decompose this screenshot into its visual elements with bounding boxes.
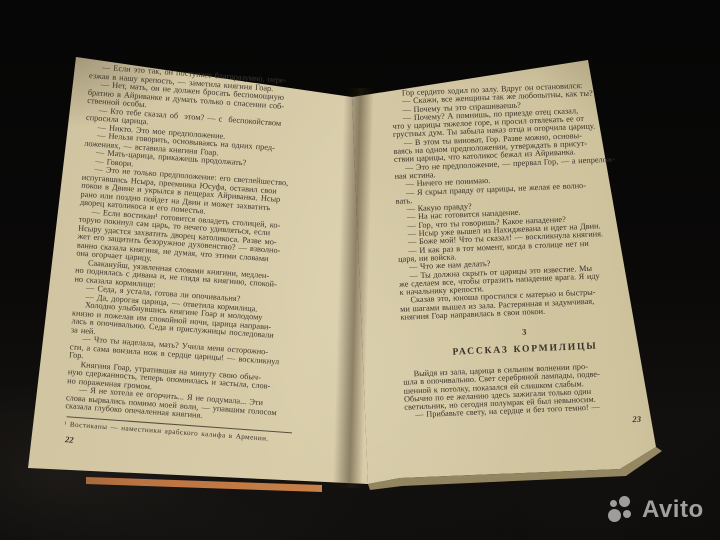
avito-watermark: Avito (607, 495, 704, 525)
avito-logo-dot (623, 510, 631, 518)
chapter-number: 3 (401, 323, 647, 342)
right-page-body-text-top: Гор сердито ходил по залу. Вдруг он оста… (391, 80, 647, 322)
right-page-body-text-bottom: Выйдя из зала, царица в сильном волнении… (403, 360, 651, 420)
left-page-text-column: — Если это так, он поступает благоразумн… (63, 63, 342, 462)
avito-logo-dot (610, 500, 617, 507)
avito-watermark-label: Avito (642, 496, 704, 524)
avito-logo-dot (608, 509, 621, 522)
left-page-body-text: — Если это так, он поступает благоразумн… (65, 63, 341, 429)
chapter-title: РАССКАЗ КОРМИЛИЦЫ (402, 340, 648, 359)
right-page-text-column: Гор сердито ходил по залу. Вдруг он оста… (391, 80, 651, 433)
avito-logo-icon (607, 495, 637, 525)
photo-of-open-book: — Если это так, он поступает благоразумн… (0, 0, 720, 540)
avito-logo-dot (619, 496, 630, 507)
